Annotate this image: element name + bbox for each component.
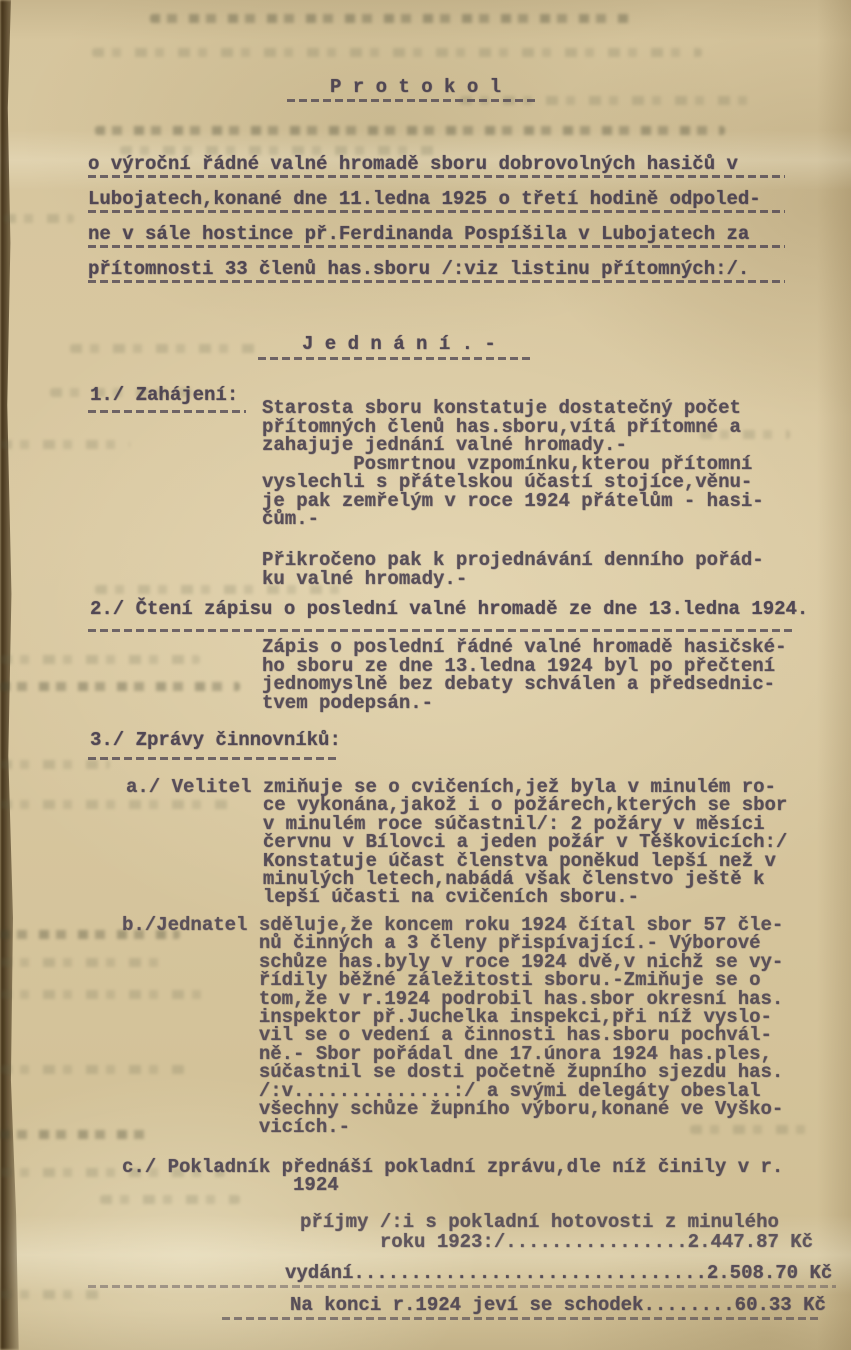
section-2-heading: 2./ Čtení zápisu o poslední valné hromad… (90, 600, 808, 619)
agenda-underline (258, 357, 530, 360)
bleedthrough-mark (4, 214, 74, 223)
deficit-line: Na konci r.1924 jeví se schodek........6… (290, 1296, 826, 1315)
typed-line: čům.- (262, 510, 764, 529)
scanned-protocol-page: P r o t o k o l o výroční řádné valné hr… (0, 0, 851, 1350)
bleedthrough-mark (0, 760, 110, 769)
typed-line: vicích.- (122, 1118, 783, 1136)
typed-line: je pak zemřelým v roce 1924 přátelům - h… (262, 492, 764, 511)
agenda-heading: J e d n á n í . - (302, 335, 496, 354)
typed-line: vil se o vedení a činnosti has.sboru poc… (122, 1026, 783, 1044)
section-3-heading: 3./ Zprávy činnovníků: (90, 731, 341, 750)
typed-line: vyslechli s přátelskou účastí stojíce,vě… (262, 473, 764, 492)
typed-line: ne v sále hostince př.Ferdinanda Pospíši… (88, 225, 761, 260)
commander-report: a./ Velitel zmiňuje se o cvičeních,jež b… (126, 778, 787, 907)
section-3-underline (88, 757, 338, 760)
typed-line: řídily běžné záležitosti sboru.-Zmiňuje … (122, 971, 783, 989)
typed-line: o výroční řádné valné hromadě sboru dobr… (88, 155, 761, 190)
bleedthrough-mark (0, 440, 130, 449)
intro-paragraph: o výroční řádné valné hromadě sboru dobr… (88, 155, 761, 295)
bleedthrough-mark (95, 126, 725, 135)
bleedthrough-mark (0, 655, 200, 664)
bleedthrough-mark (92, 48, 702, 57)
typed-line: zahajuje jednání valné hromady.- (262, 436, 764, 455)
expenses-line: vydání...............................2.5… (285, 1264, 832, 1283)
typed-line: 1924 (122, 1176, 783, 1194)
section-1-paragraph-2: Přikročeno pak k projednávání denního po… (262, 551, 764, 588)
typed-line: lepší účasti na cvičeních sboru.- (126, 888, 787, 906)
typed-line: tvem podepsán.- (262, 694, 787, 713)
typed-line: Starosta sboru konstatuje dostatečný poč… (262, 399, 764, 418)
typed-line: přítomnosti 33 členů has.sboru /:viz lis… (88, 260, 761, 295)
typed-line: příjmy /:i s pokladní hotovosti z minulé… (300, 1212, 813, 1232)
title-underline (287, 99, 539, 102)
income-lines: příjmy /:i s pokladní hotovosti z minulé… (300, 1212, 813, 1252)
typed-line: ku valné hromady.- (262, 570, 764, 589)
treasurer-report: c./ Pokladník přednáší pokladní zprávu,d… (122, 1158, 783, 1195)
typed-line: Přikročeno pak k projednávání denního po… (262, 551, 764, 570)
typed-line: Zápis o poslední řádné valné hromadě has… (262, 638, 787, 657)
section-1-underline (88, 410, 246, 413)
section-2-body: Zápis o poslední řádné valné hromadě has… (262, 638, 787, 712)
typed-line: roku 1923:/................2.447.87 Kč (300, 1232, 813, 1252)
bleedthrough-mark (0, 682, 240, 691)
secretary-report: b./Jednatel sděluje,že koncem roku 1924 … (122, 916, 783, 1137)
document-title: P r o t o k o l (330, 78, 501, 97)
bleedthrough-mark (0, 1290, 100, 1299)
section-1-label: 1./ Zahájení: (90, 386, 238, 405)
typed-line: červnu v Bílovci a jeden požár v Těškovi… (126, 833, 787, 851)
bleedthrough-mark (150, 14, 630, 23)
section-1-paragraph-1: Starosta sboru konstatuje dostatečný poč… (262, 399, 764, 529)
section-2-underline (88, 629, 796, 632)
page-binding-edge (0, 0, 26, 1350)
expenses-underline (88, 1285, 836, 1288)
deficit-underline (222, 1317, 822, 1320)
bleedthrough-mark (70, 344, 260, 353)
typed-line: Lubojatech,konané dne 11.ledna 1925 o tř… (88, 190, 761, 225)
typed-line: súčastnil se dosti početně župního sjezd… (122, 1063, 783, 1081)
typed-line: jednomyslně bez debaty schválen a předse… (262, 675, 787, 694)
bleedthrough-mark (100, 1195, 240, 1204)
